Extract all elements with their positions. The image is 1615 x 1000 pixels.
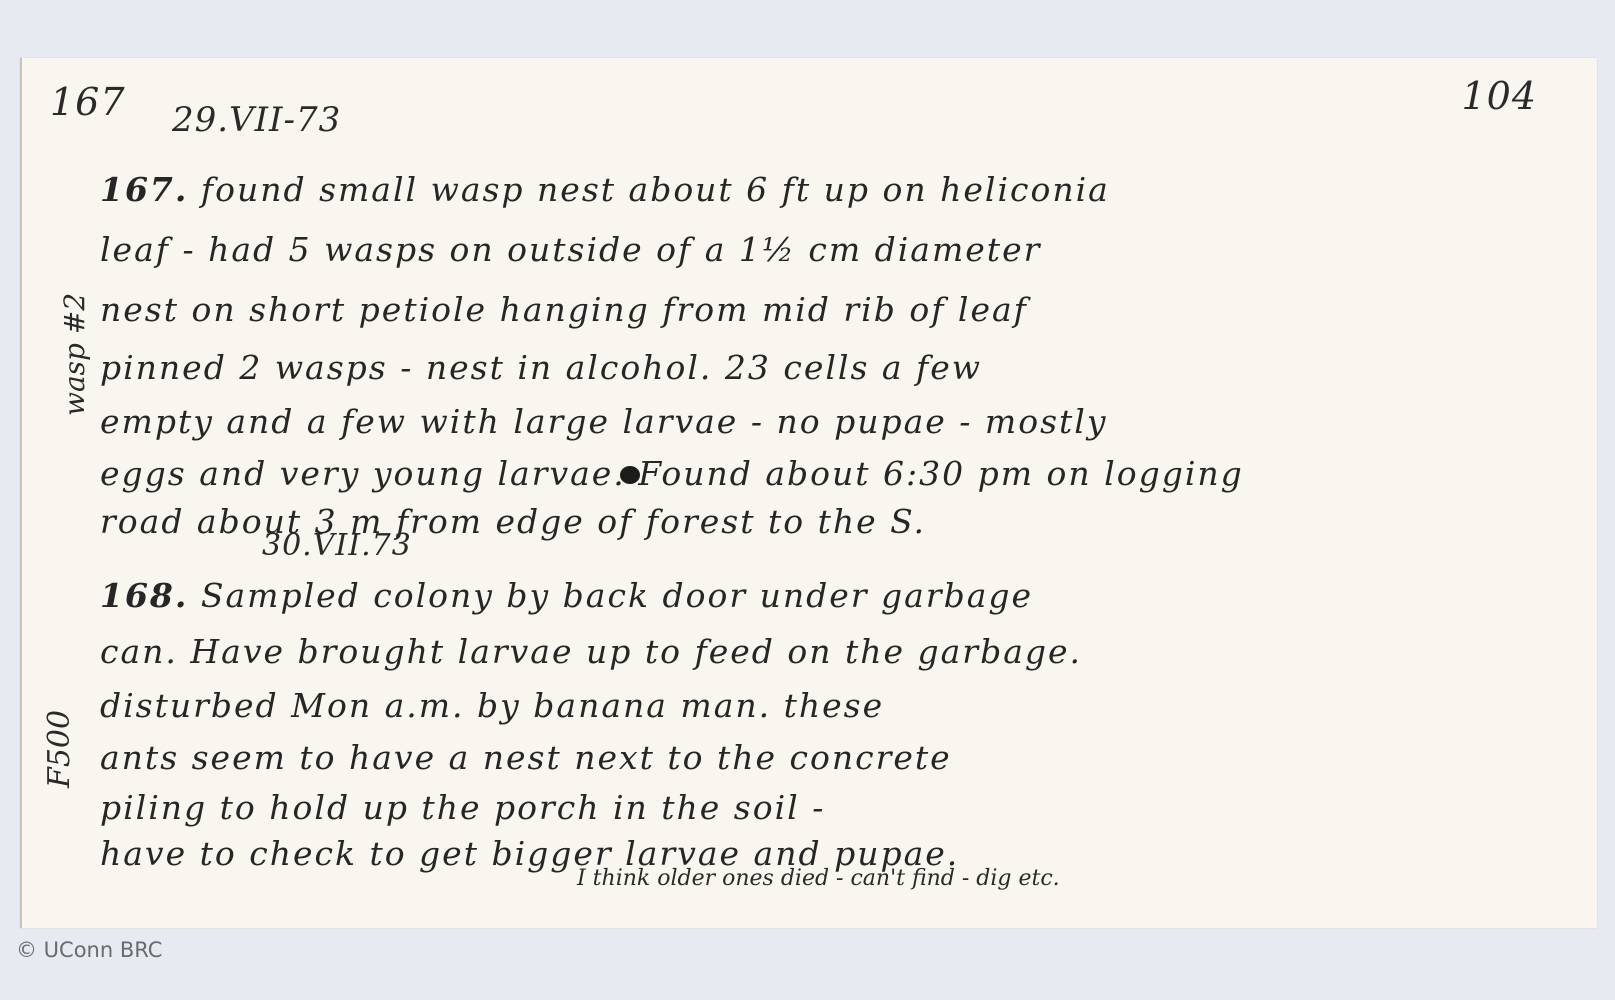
entry-167-line-5: empty and a few with large larvae - no p… [100,402,1107,441]
entry-168-text: Sampled colony by back door under garbag… [201,576,1033,615]
entry-167-line-7: road about 3 m from edge of forest to th… [100,502,926,541]
margin-note-f500: F500 [42,710,77,788]
card-number-left: 167 [50,80,126,124]
entry-date-top: 29.VII-73 [172,100,341,140]
entry-167-number: 167. [100,170,188,209]
entry-167-line-6: eggs and very young larvae. Found about … [100,454,1244,493]
margin-note-wasp: wasp #2 [58,293,91,416]
field-note-card: 167 29.VII-73 104 wasp #2 F500 167. foun… [20,58,1597,928]
entry-168-number: 168. [100,576,188,615]
entry-168-footnote: I think older ones died - can't find - d… [577,866,1060,891]
entry-168-line-3: disturbed Mon a.m. by banana man. these [100,686,884,725]
entry-167-text: found small wasp nest about 6 ft up on h… [201,170,1110,209]
ink-blot [620,466,640,484]
card-number-right: 104 [1461,74,1537,118]
entry-168-line-4: ants seem to have a nest next to the con… [100,738,952,777]
copyright-credit: © UConn BRC [16,938,162,962]
entry-168-line-2: can. Have brought larvae up to feed on t… [100,632,1082,671]
entry-167-line-4: pinned 2 wasps - nest in alcohol. 23 cel… [100,348,982,387]
entry-date-mid: 30.VII.73 [262,528,412,563]
entry-167-line-2: leaf - had 5 wasps on outside of a 1½ cm… [100,230,1041,269]
entry-168-line-1: 168. Sampled colony by back door under g… [100,576,1033,615]
entry-168-line-5: piling to hold up the porch in the soil … [100,788,825,827]
entry-167-line-1: 167. found small wasp nest about 6 ft up… [100,170,1110,209]
entry-167-line-3: nest on short petiole hanging from mid r… [100,290,1028,329]
